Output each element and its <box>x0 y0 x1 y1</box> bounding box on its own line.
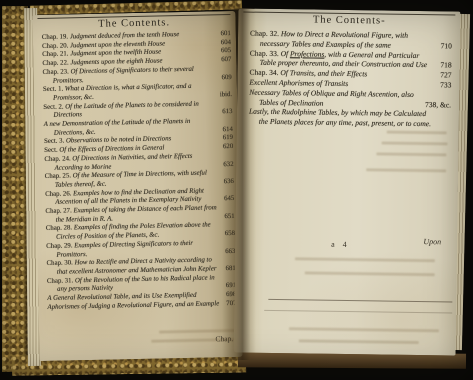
entry-page-number: 645 <box>224 195 234 204</box>
entry-title: Examples of finding the Poles Elevation … <box>56 222 211 241</box>
entry-page-number: 718 <box>440 61 451 71</box>
show-through-text <box>382 141 448 145</box>
entry-title: Lastly, the Rudolphine Tables, by which … <box>249 107 431 128</box>
entry-title: Observations to be noted in Directions <box>66 136 171 145</box>
entry-chapter-label: Chap. 22. <box>42 59 70 67</box>
entry-title: Of Directions of Significators to their … <box>53 66 194 85</box>
show-through-rule <box>268 299 452 303</box>
entry-title: Judgment deduced from the tenth House <box>70 31 180 40</box>
right-catchword: Upon <box>423 237 441 246</box>
entry-title: Examples of Directing Significators to t… <box>56 240 193 259</box>
entry-page-number: 738, &c. <box>425 100 451 110</box>
entry-title: Of Profections, with a General and Parti… <box>260 49 428 70</box>
entry-chapter-label: Chap. 31. <box>47 277 75 285</box>
show-through-text <box>299 339 419 344</box>
entry-chapter-label: Chap. 23. <box>43 68 71 76</box>
entry-title: Of Directions in Nativities, and their E… <box>55 153 193 172</box>
entry-title: Of the Revolution of the Sun to his Radi… <box>57 274 215 293</box>
entry-chapter-label: Sect. 3. <box>44 138 66 145</box>
right-contents-list: Chap. 32. How to Direct a Revolutional F… <box>237 24 460 129</box>
entry-title: Of the Latitude of the Planets to be con… <box>53 100 198 119</box>
entry-page-number: 619 <box>223 134 233 143</box>
entry-chapter-label: Chap. 28. <box>46 225 74 233</box>
entry-page-number: 632 <box>223 161 233 170</box>
entry-page-number: 605 <box>221 47 231 56</box>
entry-page-number: 710 <box>441 41 452 51</box>
entry-page-number: 614 <box>223 126 233 135</box>
show-through-text <box>387 131 447 135</box>
show-through-text <box>305 271 435 276</box>
entry-title: Necessary Tables of Oblique and Right As… <box>249 87 414 107</box>
show-through-text <box>366 168 446 172</box>
toc-entry: Lastly, the Rudolphine Tables, by which … <box>249 107 451 129</box>
entry-chapter-label: Sect. 1. <box>43 86 65 93</box>
entry-chapter-label: Sect. <box>44 147 59 154</box>
entry-chapter-label: Chap. 34. <box>249 68 280 77</box>
entry-chapter-label: Chap. 27. <box>45 207 73 215</box>
entry-title: Examples how to find the Declination and… <box>55 187 204 206</box>
entry-chapter-label: Chap. 32. <box>250 29 281 38</box>
signature-mark: a 4 <box>331 240 350 249</box>
entry-page-number: 620 <box>223 143 233 152</box>
entry-title: Of the Measure of Time in Directions, wi… <box>55 170 207 189</box>
entry-page-number: 607 <box>221 56 231 65</box>
entry-title: Judgment upon the twelfth House <box>70 49 161 58</box>
entry-page-number: 609 <box>221 74 231 83</box>
show-through-rule <box>264 310 452 314</box>
entry-chapter-label: Sect. 2. <box>43 103 65 110</box>
entry-page-number: 733 <box>440 80 451 90</box>
entry-page-number: 613 <box>222 108 232 117</box>
entry-page-number: ibid. <box>220 91 232 100</box>
entry-page-number: 636 <box>224 178 234 187</box>
entry-title: A new Demonstration of the Latitude of t… <box>44 118 191 137</box>
entry-title: Excellent Aphorismes of Transits <box>249 78 348 88</box>
entry-chapter-label: Chap. 29. <box>46 242 74 250</box>
left-page: The Contents. Chap. 19. Judgment deduced… <box>32 11 242 361</box>
entry-page-number: 604 <box>221 39 231 48</box>
entry-title: Of Transits, and their Effects <box>280 68 367 78</box>
entry-title: How to Rectifie and Direct a Nativity ac… <box>57 257 217 276</box>
entry-title: What a Direction is, what a Significator… <box>53 83 191 102</box>
entry-chapter-label: Chap. 19. <box>42 33 70 41</box>
entry-chapter-label: Chap. 30. <box>47 260 75 268</box>
entry-page-number: 601 <box>221 30 231 39</box>
entry-chapter-label: Chap. 20. <box>42 42 70 50</box>
entry-chapter-label: Chap. 33. <box>250 48 281 57</box>
entry-page-number: 651 <box>224 213 234 222</box>
entry-page-number: 727 <box>440 70 451 80</box>
right-page: The Contents- Chap. 32. How to Direct a … <box>234 8 461 355</box>
entry-title: Of the Effects of Directions in General <box>59 145 164 154</box>
entry-chapter-label: Chap. 26. <box>45 190 73 198</box>
show-through-text <box>289 327 439 332</box>
entry-title: How to Direct a Revolutional Figure, wit… <box>260 29 408 49</box>
entry-page-number: 663 <box>225 248 235 257</box>
show-through-text <box>376 152 446 156</box>
entry-title: Judgments upon the eighth House <box>70 58 162 67</box>
show-through-text <box>295 257 435 262</box>
entry-chapter-label: Chap. 24. <box>44 155 72 163</box>
left-contents-list: Chap. 19. Judgment deduced from the tent… <box>33 27 242 313</box>
entry-chapter-label: Chap. 25. <box>45 173 73 181</box>
entry-chapter-label: Chap. 21. <box>42 51 70 59</box>
entry-page-number: 658 <box>225 230 235 239</box>
entry-title: Examples of taking the Distance of each … <box>56 204 217 223</box>
